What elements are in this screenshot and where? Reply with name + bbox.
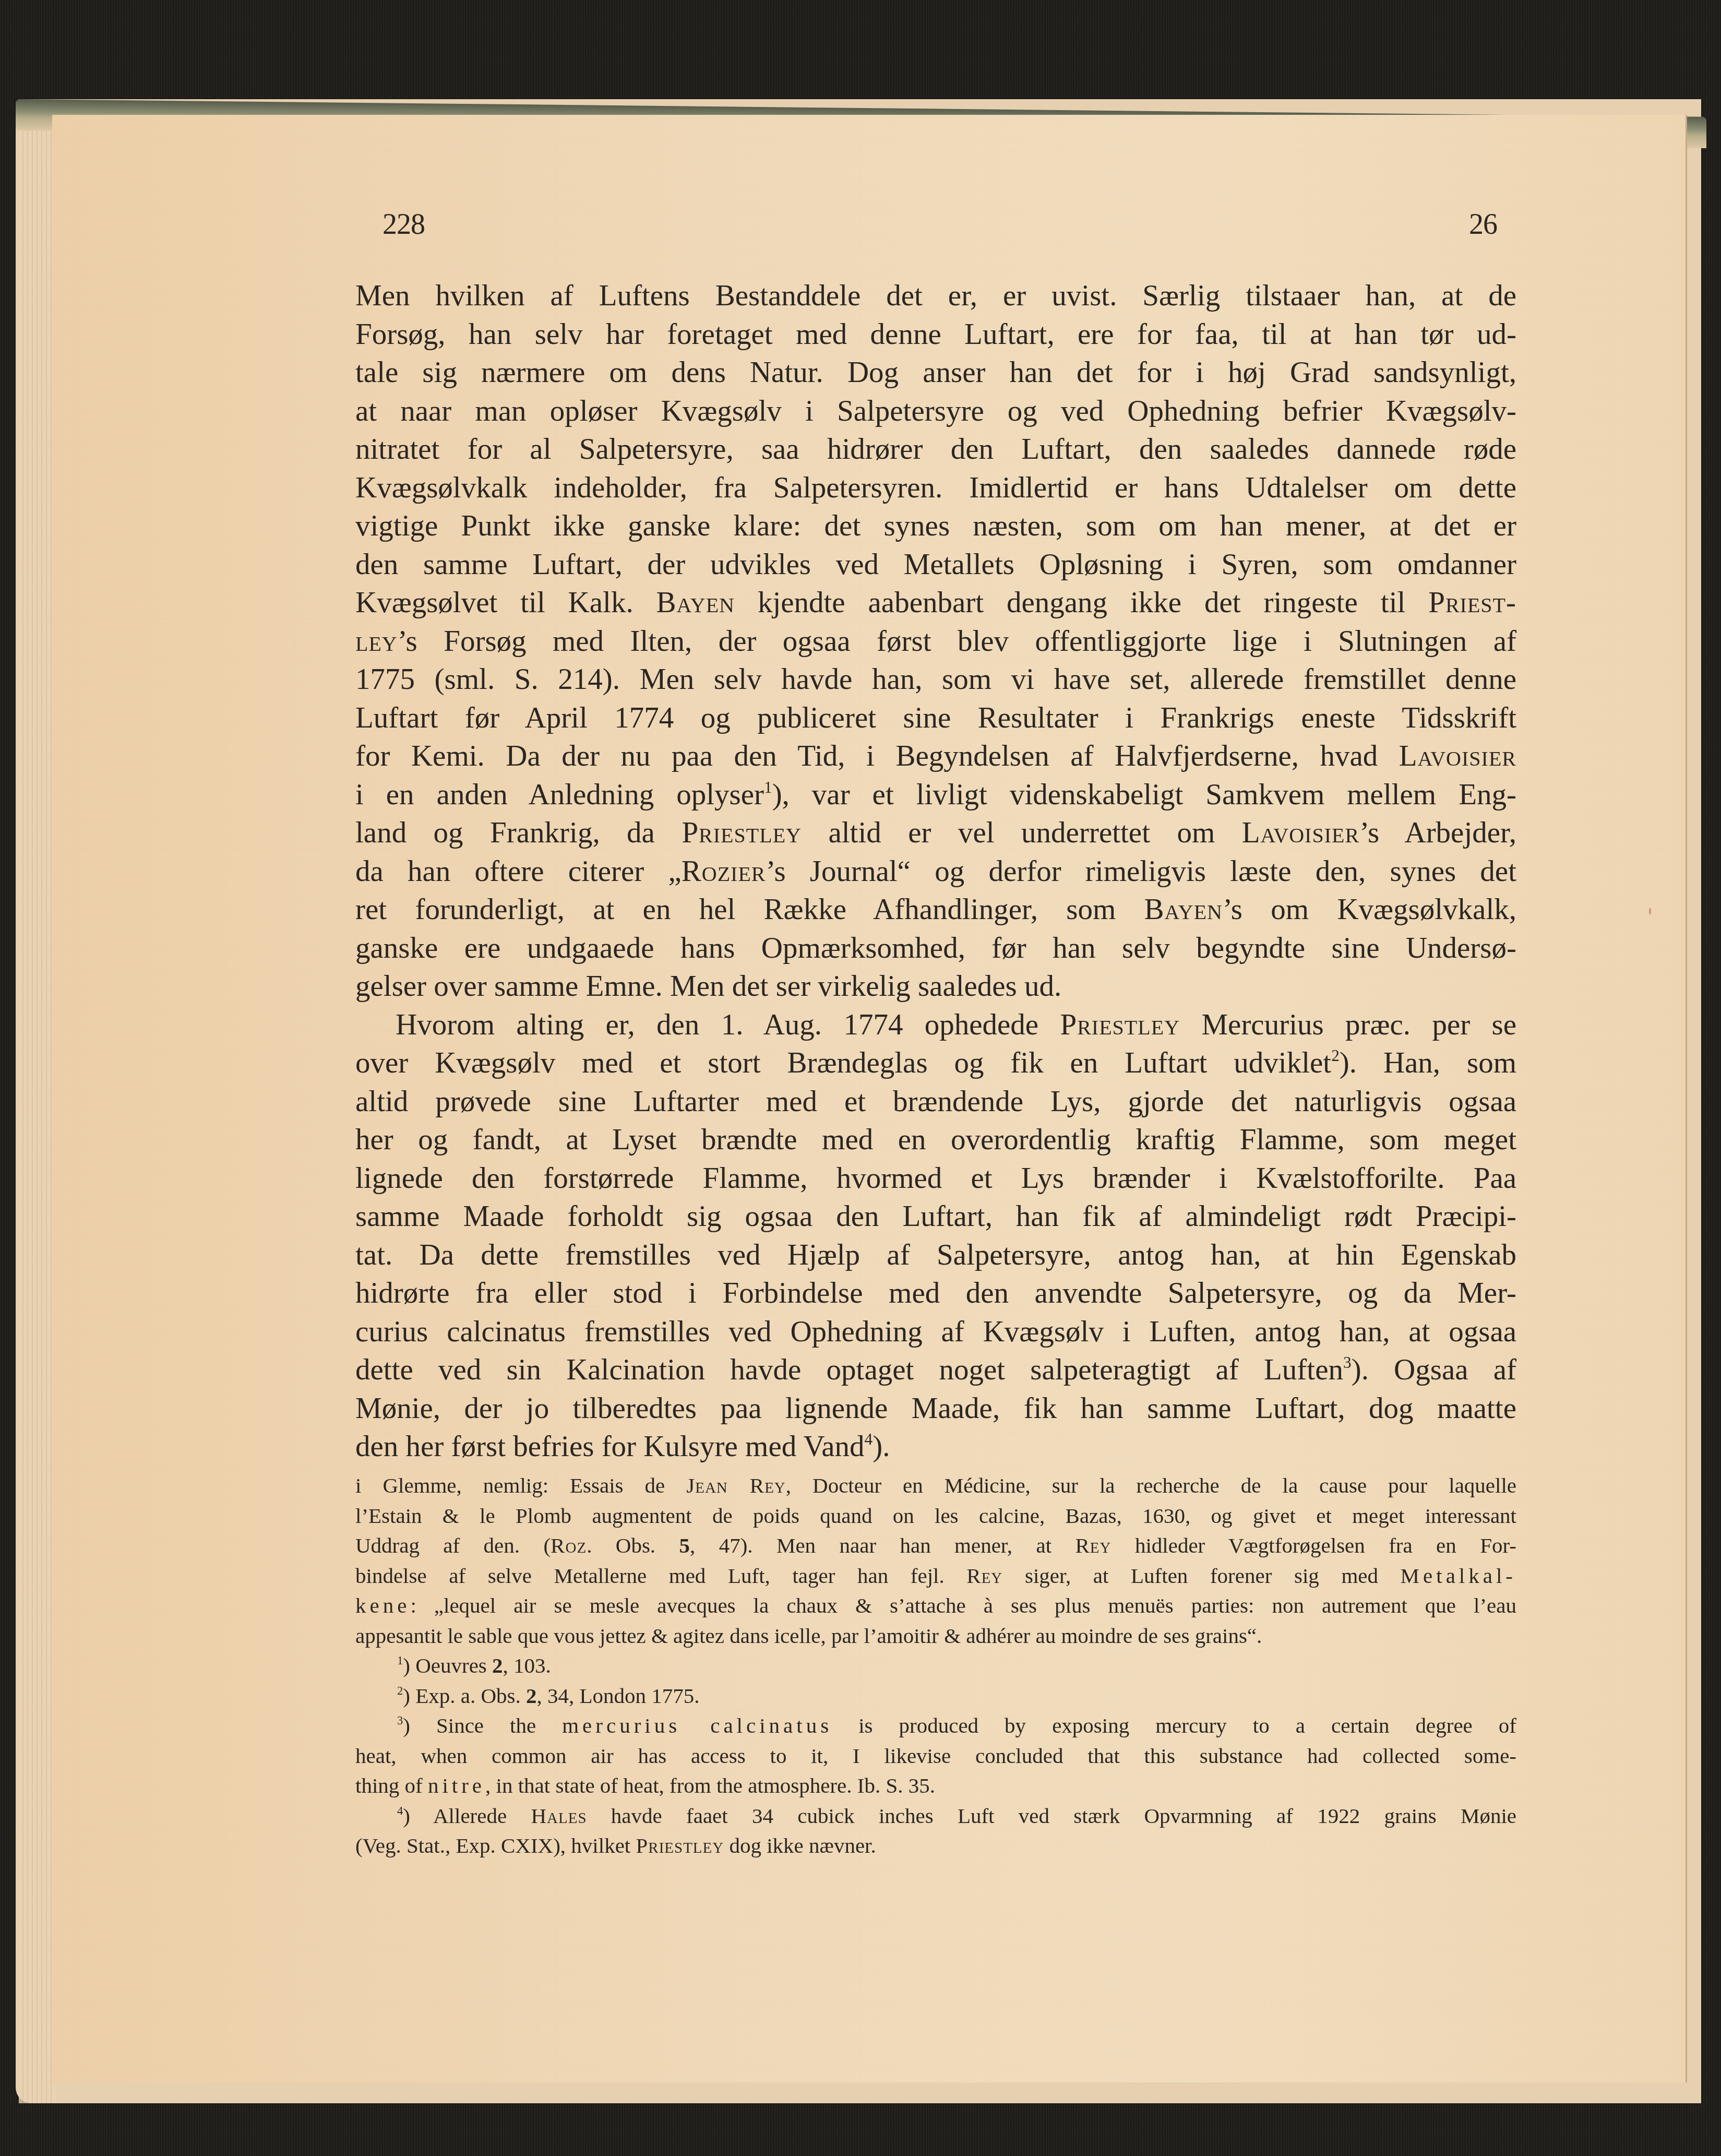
body-line: ganske ere undgaaede hans Opmærksomhed, … (355, 929, 1516, 968)
page-number-right: 26 (1469, 208, 1497, 241)
body-line: for Kemi. Da der nu paa den Tid, i Begyn… (355, 737, 1516, 776)
body-line: Forsøg, han selv har foretaget med denne… (355, 315, 1516, 354)
body-line: dette ved sin Kalcination havde optaget … (355, 1351, 1516, 1389)
body-line: da han oftere citerer „Rozier’s Journal“… (355, 852, 1516, 891)
small-caps-name: Priest- (1428, 586, 1516, 619)
body-line: den her først befries for Kulsyre med Va… (355, 1427, 1516, 1466)
small-caps-name: Jean Rey (686, 1473, 786, 1497)
footnote-continuation-line: Uddrag af den. (Roz. Obs. 5, 47). Men na… (355, 1531, 1516, 1561)
emphasized-term: kene (355, 1593, 410, 1617)
emphasized-term: mercurius calcinatus (562, 1713, 832, 1737)
footnote-marker: 3 (397, 1714, 403, 1727)
body-line: Men hvilken af Luftens Bestanddele det e… (355, 277, 1516, 315)
body-line: Hvorom alting er, den 1. Aug. 1774 ophed… (355, 1006, 1516, 1044)
footnote-reference: 1 (764, 778, 772, 796)
small-caps-name: Priestley (636, 1833, 724, 1857)
page-number-left: 228 (383, 208, 425, 241)
small-caps-name: Rey (1075, 1533, 1111, 1557)
footnote-3-line: heat, when common air has access to it, … (355, 1741, 1516, 1771)
footnote-3-line: thing of nitre, in that state of heat, f… (355, 1771, 1516, 1801)
footnote-continuation-line: i Glemme, nemlig: Essais de Jean Rey, Do… (355, 1471, 1516, 1501)
volume-number: 2 (492, 1653, 503, 1677)
body-line: i en anden Anledning oplyser1), var et l… (355, 776, 1516, 814)
footnote-1-line: 1) Oeuvres 2, 103. (355, 1651, 1516, 1681)
small-caps-name: Rey (966, 1564, 1002, 1588)
small-caps-name: Hales (531, 1804, 587, 1828)
body-line: den samme Luftart, der udvikles ved Meta… (355, 545, 1516, 584)
body-line: Mønie, der jo tilberedtes paa lignende M… (355, 1389, 1516, 1428)
body-line: Luftart før April 1774 og publiceret sin… (355, 699, 1516, 737)
footnote-marker: 4 (397, 1804, 403, 1817)
footnote-4-line: (Veg. Stat., Exp. CXIX), hvilket Priestl… (355, 1831, 1516, 1861)
small-caps-name: Bayen (1144, 893, 1223, 926)
volume-number: 5 (679, 1533, 690, 1557)
body-line: gelser over samme Emne. Men det ser virk… (355, 967, 1516, 1006)
body-line: ret forunderligt, at en hel Række Afhand… (355, 890, 1516, 929)
small-caps-name: ley (355, 625, 398, 658)
body-line: Kvægsølvet til Kalk. Bayen kjendte aaben… (355, 583, 1516, 622)
small-caps-name: Bayen (656, 586, 735, 619)
body-line: land og Frankrig, da Priestley altid er … (355, 814, 1516, 852)
footnote-continuation-line: l’Estain & le Plomb augmentent de poids … (355, 1501, 1516, 1531)
body-line: vigtige Punkt ikke ganske klare: det syn… (355, 507, 1516, 545)
footnote-continuation-line: kene: „lequel air se mesle avecques la c… (355, 1591, 1516, 1621)
body-line: tale sig nærmere om dens Natur. Dog anse… (355, 353, 1516, 392)
small-caps-name: Priestley (682, 816, 802, 849)
footnote-2-line: 2) Exp. a. Obs. 2, 34, London 1775. (355, 1681, 1516, 1711)
footnote-reference: 4 (865, 1430, 873, 1448)
small-caps-name: Priestley (1060, 1008, 1180, 1041)
small-caps-name: Rozier (682, 855, 766, 888)
body-line: over Kvægsølv med et stort Brændeglas og… (355, 1044, 1516, 1082)
body-line: Kvægsølvkalk indeholder, fra Salpetersyr… (355, 469, 1516, 507)
body-line: at naar man opløser Kvægsølv i Salpeters… (355, 392, 1516, 431)
small-caps-name: Lavoisier (1399, 740, 1516, 772)
small-caps-name: Roz (551, 1533, 587, 1557)
body-line: altid prøvede sine Luftarter med et bræn… (355, 1082, 1516, 1121)
footnote-continuation-line: appesantit le sable que vous jettez & ag… (355, 1621, 1516, 1651)
body-line: hidrørte fra eller stod i Forbindelse me… (355, 1274, 1516, 1313)
body-line: 1775 (sml. S. 214). Men selv havde han, … (355, 660, 1516, 699)
footnote-3-line: 3) Since the mercurius calcinatus is pro… (355, 1711, 1516, 1741)
paper-speck (1649, 908, 1651, 914)
volume-number: 2 (526, 1684, 537, 1708)
footnote-4-line: 4) Allerede Hales havde faaet 34 cubick … (355, 1801, 1516, 1831)
body-line: tat. Da dette fremstilles ved Hjælp af S… (355, 1236, 1516, 1274)
footnote-marker: 1 (397, 1654, 403, 1667)
body-line: lignede den forstørrede Flamme, hvormed … (355, 1159, 1516, 1198)
body-line: samme Maade forholdt sig ogsaa den Lufta… (355, 1197, 1516, 1236)
footnote-reference: 2 (1331, 1046, 1340, 1065)
emphasized-term: nitre (428, 1773, 485, 1797)
footnote-reference: 3 (1343, 1353, 1352, 1372)
emphasized-term: Metalkal- (1401, 1564, 1516, 1588)
body-text: Men hvilken af Luftens Bestanddele det e… (355, 277, 1516, 1466)
footnotes: i Glemme, nemlig: Essais de Jean Rey, Do… (355, 1471, 1516, 1861)
body-line: her og fandt, at Lyset brændte med en ov… (355, 1121, 1516, 1159)
body-line: ley’s Forsøg med Ilten, der ogsaa først … (355, 622, 1516, 661)
small-caps-name: Lavoisier (1242, 816, 1359, 849)
footnote-marker: 2 (397, 1684, 403, 1697)
footnote-continuation-line: bindelse af selve Metallerne med Luft, t… (355, 1561, 1516, 1591)
body-line: curius calcinatus fremstilles ved Ophedn… (355, 1313, 1516, 1351)
body-line: nitratet for al Salpetersyre, saa hidrør… (355, 430, 1516, 469)
